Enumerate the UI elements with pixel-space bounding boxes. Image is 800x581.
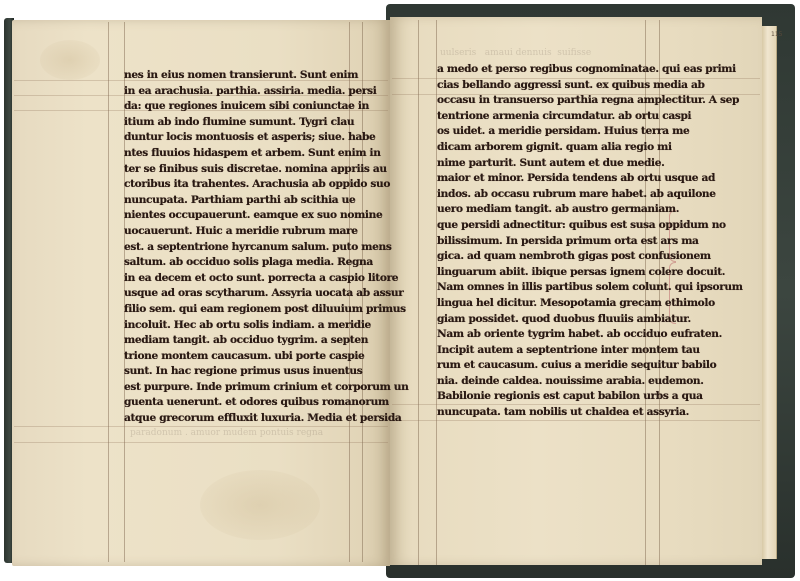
left-page-text-column: nes in eius nomen transierunt. Sunt enim…	[124, 68, 356, 427]
right-ruling-vertical	[418, 20, 419, 565]
text-line: uocauerunt. Huic a meridie rubrum mare	[124, 224, 356, 240]
text-line: mediam tangit. ab occiduo tygrim. a sept…	[124, 333, 356, 349]
left-ruling-horizontal	[14, 442, 388, 443]
text-line: que persidi adnectitur: quibus est susa …	[437, 218, 682, 234]
text-line: filio sem. qui eam regionem post diluuiu…	[124, 302, 356, 318]
text-line: nuncupata. tam nobilis ut chaldea et ass…	[437, 405, 682, 421]
text-line: est purpure. Inde primum crinium et corp…	[124, 380, 356, 396]
text-line: nientes occupauerunt. eamque ex suo nomi…	[124, 208, 356, 224]
right-page-text-column: a medo et perso regibus cognominatae. qu…	[437, 62, 682, 421]
text-line: uero mediam tangit. ab austro germaniam.	[437, 202, 682, 218]
text-line: usque ad oras scytharum. Assyria uocata …	[124, 286, 356, 302]
fore-edge	[762, 26, 777, 559]
text-line: guenta uenerunt. et odores quibus romano…	[124, 395, 356, 411]
text-line: ntes fluuios hidaspem et arbem. Sunt eni…	[124, 146, 356, 162]
text-line: ter se finibus suis discretae. nomina ap…	[124, 162, 356, 178]
text-line: os uidet. a meridie persidam. Huius terr…	[437, 124, 682, 140]
text-line: giam possidet. quod duobus fluuiis ambia…	[437, 312, 682, 328]
text-line: bilissimum. In persida primum orta est a…	[437, 234, 682, 250]
left-ruling-vertical	[108, 22, 109, 562]
text-line: maior et minor. Persida tendens ab ortu …	[437, 171, 682, 187]
text-line: Nam omnes in illis partibus solem colunt…	[437, 280, 682, 296]
text-line: gica. ad quam nembroth gigas post confus…	[437, 249, 682, 265]
text-line: Nam ab oriente tygrim habet. ab occiduo …	[437, 327, 682, 343]
show-through-text: uulseris amaui dennuis suifisse	[440, 48, 591, 58]
text-line: itium ab indo flumine sumunt. Tygri clau	[124, 115, 356, 131]
text-line: est. a septentrione hyrcanum salum. puto…	[124, 240, 356, 256]
folio-number: 115	[771, 31, 782, 38]
text-line: in ea arachusia. parthia. assiria. media…	[124, 84, 356, 100]
text-line: Babilonie regionis est caput babilon urb…	[437, 389, 682, 405]
text-line: indos. ab occasu rubrum mare habet. ab a…	[437, 187, 682, 203]
text-line: nes in eius nomen transierunt. Sunt enim	[124, 68, 356, 84]
text-line: sunt. In hac regione primus usus inuentu…	[124, 364, 356, 380]
show-through-text: paradonum . amuor mudem pontuis regna	[130, 428, 323, 438]
text-line: da: que regiones inuicem sibi coniunctae…	[124, 99, 356, 115]
text-line: saltum. ab occiduo solis plaga media. Re…	[124, 255, 356, 271]
text-line: nia. deinde caldea. nouissime arabia. eu…	[437, 374, 682, 390]
text-line: occasu in transuerso parthia regna ample…	[437, 93, 682, 109]
text-line: dicam arborem gignit. quam alia regio mi	[437, 140, 682, 156]
text-line: cias bellando aggressi sunt. ex quibus m…	[437, 78, 682, 94]
text-line: nime parturit. Sunt autem et due medie.	[437, 156, 682, 172]
text-line: incoluit. Hec ab ortu solis indiam. a me…	[124, 318, 356, 334]
text-line: atque grecorum effluxit luxuria. Media e…	[124, 411, 356, 427]
text-line: ctoribus ita trahentes. Arachusia ab opp…	[124, 177, 356, 193]
text-line: in ea decem et octo sunt. porrecta a cas…	[124, 271, 356, 287]
parchment-stain	[200, 470, 320, 540]
text-line: a medo et perso regibus cognominatae. qu…	[437, 62, 682, 78]
text-line: linguarum abiit. ibique persas ignem col…	[437, 265, 682, 281]
text-line: duntur locis montuosis et asperis; siue.…	[124, 130, 356, 146]
text-line: nuncupata. Parthiam parthi ab scithia ue	[124, 193, 356, 209]
text-line: trione montem caucasum. ubi porte caspie	[124, 349, 356, 365]
text-line: lingua hel dicitur. Mesopotamia grecam e…	[437, 296, 682, 312]
text-line: rum et caucasum. cuius a meridie sequitu…	[437, 358, 682, 374]
text-line: tentrione armenia circumdatur. ab ortu c…	[437, 109, 682, 125]
text-line: Incipit autem a septentrione inter monte…	[437, 343, 682, 359]
parchment-stain	[40, 40, 100, 80]
